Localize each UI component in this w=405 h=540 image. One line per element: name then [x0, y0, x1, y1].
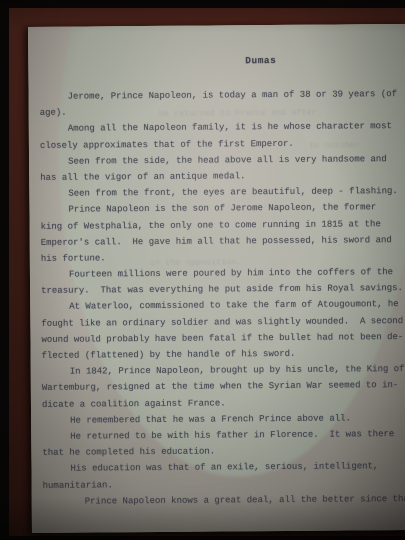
text-line: Prince Napoleon knows a great deal, all … — [43, 491, 405, 510]
text-line: His education was that of an exile, seri… — [42, 458, 405, 477]
text-line: Seen from the side, the head above all i… — [40, 151, 404, 170]
photo-of-typed-page: Dumas Jerome, Prince Napoleon, is today … — [0, 0, 405, 540]
text-line: Emperor's call. He gave him all that he … — [41, 232, 405, 251]
text-lines: Jerome, Prince Napoleon, is today a man … — [39, 86, 405, 510]
text-line: Jerome, Prince Napoleon, is today a man … — [39, 86, 403, 105]
text-line: Wartemburg, resigned at the time when th… — [42, 377, 405, 396]
text-line: wound would probably have been fatal if … — [41, 329, 405, 348]
text-line: He returned to be with his father in Flo… — [42, 426, 405, 445]
text-line: Among all the Napoleon family, it is he … — [40, 118, 404, 137]
manuscript-page: Dumas Jerome, Prince Napoleon, is today … — [28, 24, 405, 533]
page-title: Dumas — [245, 55, 276, 66]
